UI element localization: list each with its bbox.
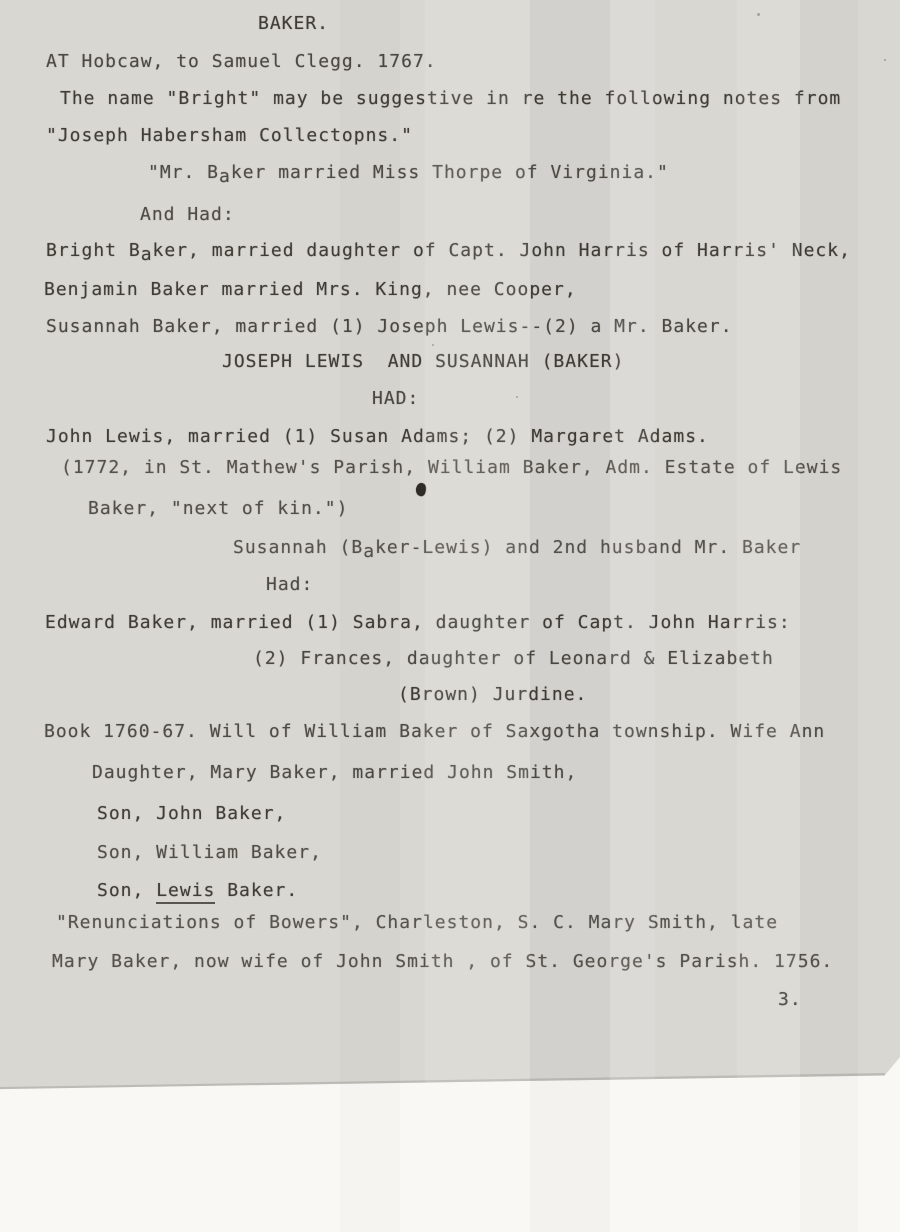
text-line: Book 1760-67. Will of William Baker of S… xyxy=(44,721,825,743)
paper-sheet: BAKER. AT Hobcaw, to Samuel Clegg. 1767.… xyxy=(0,0,900,1232)
text-line: AT Hobcaw, to Samuel Clegg. 1767. xyxy=(46,51,437,73)
underlined-text: Lewis xyxy=(156,880,215,904)
text-line: (2) Frances, daughter of Leonard & Eliza… xyxy=(253,648,774,670)
dust-speck xyxy=(884,59,886,61)
text-segment: Son, xyxy=(97,880,156,901)
dust-speck xyxy=(516,396,518,398)
text-line: Susannah (Baker-Lewis) and 2nd husband M… xyxy=(233,537,801,559)
text-segment: Baker. xyxy=(215,880,298,901)
text-line: Benjamin Baker married Mrs. King, nee Co… xyxy=(44,279,577,301)
text-line: "Joseph Habersham Collectopns." xyxy=(46,125,413,147)
text-line: (Brown) Jurdine. xyxy=(398,684,587,706)
text-segment: "Mr. B xyxy=(148,162,219,183)
text-line: Baker, "next of kin.") xyxy=(88,498,348,520)
dropped-character: a xyxy=(219,166,231,187)
text-line: The name "Bright" may be suggestive in r… xyxy=(60,88,841,110)
text-segment: ker married Miss Thorpe of Virginia." xyxy=(231,162,669,183)
section-heading: JOSEPH LEWIS AND SUSANNAH (BAKER) xyxy=(222,351,624,373)
scanned-document-page: BAKER. AT Hobcaw, to Samuel Clegg. 1767.… xyxy=(0,0,900,1232)
text-line: Mary Baker, now wife of John Smith , of … xyxy=(52,951,833,973)
ink-blot xyxy=(415,482,428,497)
text-segment: Susannah (B xyxy=(233,537,363,558)
dropped-character: a xyxy=(141,244,153,265)
dust-speck xyxy=(757,13,760,16)
page-number: 3. xyxy=(778,989,802,1011)
dust-speck xyxy=(432,344,434,346)
text-segment: Bright B xyxy=(46,240,141,261)
text-segment: ker-Lewis) and 2nd husband Mr. Baker xyxy=(375,537,801,558)
text-line: Son, William Baker, xyxy=(97,842,322,864)
document-title: BAKER. xyxy=(258,13,329,35)
text-line: "Renunciations of Bowers", Charleston, S… xyxy=(56,912,778,934)
text-line: And Had: xyxy=(140,204,235,226)
text-line: Had: xyxy=(266,574,313,596)
text-line: Bright Baker, married daughter of Capt. … xyxy=(46,240,851,262)
text-line: (1772, in St. Mathew's Parish, William B… xyxy=(61,457,842,479)
text-line: Susannah Baker, married (1) Joseph Lewis… xyxy=(46,316,733,338)
text-line: "Mr. Baker married Miss Thorpe of Virgin… xyxy=(148,162,669,184)
text-segment: ker, married daughter of Capt. John Harr… xyxy=(153,240,851,261)
dropped-character: a xyxy=(363,541,375,562)
text-line: Edward Baker, married (1) Sabra, daughte… xyxy=(45,612,791,634)
text-line: Daughter, Mary Baker, married John Smith… xyxy=(92,762,577,784)
text-line: Son, John Baker, xyxy=(97,803,286,825)
text-line: Son, Lewis Baker. xyxy=(97,880,298,902)
section-subheading: HAD: xyxy=(372,388,419,410)
text-line: John Lewis, married (1) Susan Adams; (2)… xyxy=(46,426,709,448)
